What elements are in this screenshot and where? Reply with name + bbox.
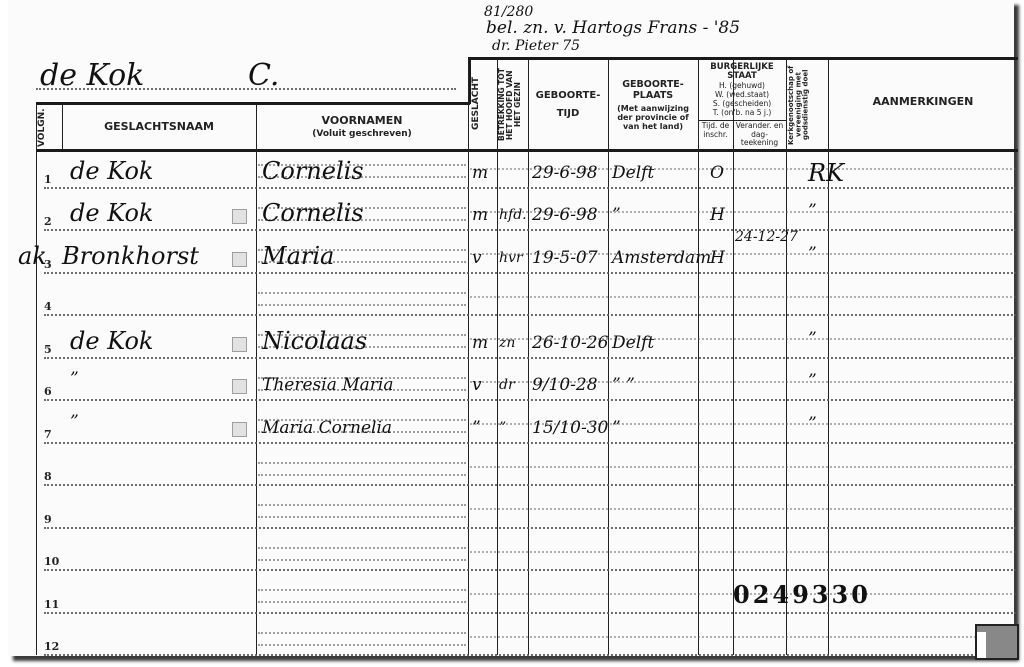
row-sex: ” — [472, 418, 481, 438]
head-dotted-line — [36, 88, 456, 90]
row-surname: ” — [70, 412, 79, 432]
row-number: 11 — [44, 598, 59, 611]
row-number: 1 — [44, 173, 52, 186]
row-subline — [258, 516, 466, 518]
row-subline — [470, 508, 1016, 510]
header-top-rule-left — [36, 102, 470, 105]
row-civil-change: 24-12-27 — [735, 229, 798, 245]
row-birth-date: 26-10-26 — [532, 333, 608, 353]
row-line — [44, 357, 1016, 359]
header-top-rule-right — [468, 57, 1018, 60]
row-number: 12 — [44, 640, 59, 653]
row-sex: m — [472, 163, 488, 183]
col-voornamen-sub: (Voluit geschreven) — [256, 129, 468, 139]
row-line — [44, 569, 1016, 571]
row-prefix: ak — [18, 242, 47, 270]
ornament-mark — [232, 379, 247, 394]
row-sex: v — [472, 248, 482, 268]
col-verandering: Verander. en dag- teekening — [733, 122, 786, 148]
row-line — [44, 442, 1016, 444]
col-geslachtsnaam: GESLACHTSNAAM — [62, 121, 256, 134]
ornament-mark — [232, 337, 247, 352]
ornament-mark — [232, 209, 247, 224]
row-subline — [470, 636, 1016, 638]
row-religion: ” — [808, 329, 817, 349]
row-subline — [258, 632, 466, 634]
header-bottom-rule — [36, 149, 1018, 152]
row-subline — [258, 504, 466, 506]
col-voornamen: VOORNAMEN — [256, 115, 468, 128]
col-betrekking: BETREKKING TOT HET HOOFD VAN HET GEZIN — [498, 62, 526, 148]
col-aanmerkingen: AANMERKINGEN — [828, 96, 1018, 109]
row-surname: Bronkhorst — [62, 242, 199, 270]
stamp-number: 0249330 — [733, 580, 871, 609]
row-subline — [258, 304, 466, 306]
ornament-mark — [232, 422, 247, 437]
row-given-names: Maria — [262, 242, 334, 270]
row-birth-date: 19-5-07 — [532, 248, 598, 268]
row-civil-status: O — [710, 163, 724, 183]
row-line — [44, 314, 1016, 316]
row-sex: m — [472, 333, 488, 353]
row-line — [44, 272, 1016, 274]
row-birth-place: Delft — [612, 163, 654, 183]
row-relation: ” — [499, 420, 506, 436]
row-birth-place: Delft — [612, 333, 654, 353]
row-line — [44, 187, 1016, 189]
row-number: 5 — [44, 343, 52, 356]
row-line — [44, 229, 1016, 231]
row-subline — [258, 292, 466, 294]
row-religion: ” — [808, 244, 817, 264]
row-surname: ” — [70, 369, 79, 389]
row-civil-status: H — [710, 248, 725, 268]
col-geboortetijd-1: GEBOORTE- — [528, 90, 608, 102]
row-given-names: Theresia Maria — [262, 375, 393, 395]
row-relation: zn — [499, 335, 515, 351]
row-sex: m — [472, 205, 488, 225]
thumbnail-preview[interactable] — [975, 624, 1019, 660]
row-subline — [470, 551, 1016, 553]
row-birth-place: Amsterdam — [612, 248, 711, 268]
column-divider — [36, 104, 37, 655]
row-birth-date: 15/10-30 — [532, 418, 608, 438]
row-subline — [258, 589, 466, 591]
row-subline — [470, 466, 1016, 468]
row-relation: hvr — [499, 250, 523, 266]
row-civil-status: H — [710, 205, 725, 225]
row-subline — [258, 559, 466, 561]
row-subline — [470, 296, 1016, 298]
ornament-mark — [232, 252, 247, 267]
row-number: 7 — [44, 428, 52, 441]
row-relation: dr — [499, 377, 515, 393]
row-relation: hfd. — [499, 207, 527, 223]
row-subline — [258, 474, 466, 476]
row-birth-place: ” ” — [612, 375, 635, 395]
row-line — [44, 484, 1016, 486]
col-volgn: VOLGN. — [38, 108, 60, 148]
row-religion: RK — [808, 159, 844, 187]
row-sex: v — [472, 375, 482, 395]
row-religion: ” — [808, 371, 817, 391]
col-geboorteplaats-sub: (Met aanwijzing der provincie of van het… — [610, 104, 696, 132]
row-line — [44, 527, 1016, 529]
row-birth-date: 29-6-98 — [532, 163, 598, 183]
row-religion: ” — [808, 201, 817, 221]
row-given-names: Cornelis — [262, 157, 364, 185]
row-birth-date: 29-6-98 — [532, 205, 598, 225]
col-geboortetijd-2: TIJD — [528, 108, 608, 120]
row-given-names: Cornelis — [262, 199, 364, 227]
bs-t: T. (on'b. na 5 j.) — [698, 109, 786, 118]
row-subline — [258, 462, 466, 464]
row-number: 6 — [44, 385, 52, 398]
row-number: 10 — [44, 555, 59, 568]
row-subline — [258, 601, 466, 603]
row-number: 2 — [44, 215, 52, 228]
row-religion: ” — [808, 414, 817, 434]
row-number: 4 — [44, 300, 52, 313]
row-line — [44, 399, 1016, 401]
col-tijd: Tijd. de inschr. — [698, 122, 733, 139]
row-given-names: Nicolaas — [262, 327, 367, 355]
col-kerkgenootschap: Kerkgenootschap of vereeniging met godsd… — [788, 62, 826, 148]
row-subline — [258, 644, 466, 646]
row-birth-place: ” — [612, 205, 621, 225]
row-surname: de Kok — [70, 199, 153, 227]
row-number: 8 — [44, 470, 52, 483]
row-given-names: Maria Cornelia — [262, 418, 392, 438]
annotation-line-2: bel. zn. v. Hartogs Frans - '85 — [486, 18, 740, 38]
col-geslacht: GESLACHT — [472, 62, 494, 146]
annotation-line-3: dr. Pieter 75 — [492, 38, 580, 54]
row-birth-date: 9/10-28 — [532, 375, 598, 395]
row-line — [44, 654, 1016, 656]
row-number: 9 — [44, 513, 52, 526]
col-geboorteplaats-2: PLAATS — [608, 91, 698, 102]
row-surname: de Kok — [70, 327, 153, 355]
row-birth-place: ” — [612, 418, 621, 438]
row-surname: de Kok — [70, 157, 153, 185]
row-line — [44, 612, 1016, 614]
row-subline — [258, 547, 466, 549]
